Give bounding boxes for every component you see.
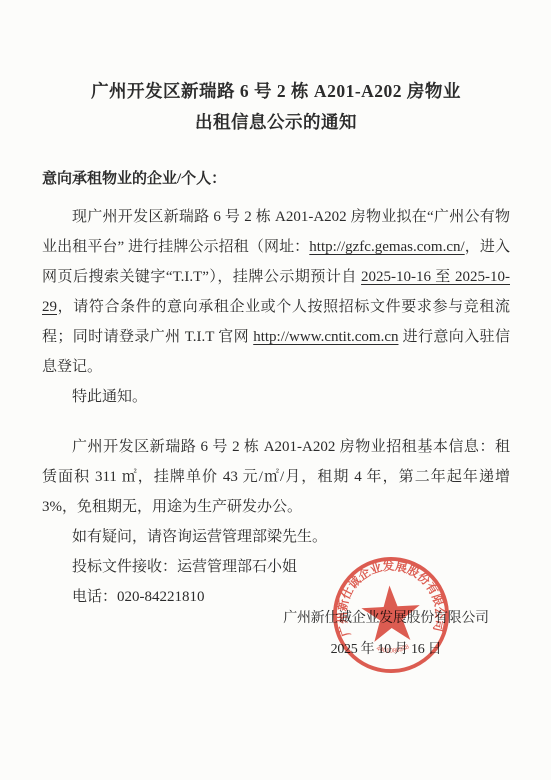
notice-title: 广州开发区新瑞路 6 号 2 栋 A201-A202 房物业 出租信息公示的通知 bbox=[42, 76, 510, 138]
title-line-2: 出租信息公示的通知 bbox=[42, 107, 510, 138]
tit-website-url: http://www.cntit.com.cn bbox=[253, 329, 398, 345]
paragraph-basic-info: 广州开发区新瑞路 6 号 2 栋 A201-A202 房物业招租基本信息：租赁面… bbox=[42, 432, 510, 522]
document-page: 广州开发区新瑞路 6 号 2 栋 A201-A202 房物业 出租信息公示的通知… bbox=[0, 0, 551, 780]
notice-statement: 特此通知。 bbox=[42, 382, 510, 412]
signature-date: 2025 年 10 月 16 日 bbox=[280, 634, 492, 665]
bid-document-receiver: 投标文件接收：运营管理部石小姐 bbox=[42, 552, 510, 582]
salutation: 意向承租物业的企业/个人： bbox=[42, 164, 510, 194]
paragraph-rental-announcement: 现广州开发区新瑞路 6 号 2 栋 A201-A202 房物业拟在“广州公有物业… bbox=[42, 202, 510, 382]
rental-platform-url: http://gzfc.gemas.com.cn/ bbox=[309, 239, 464, 255]
title-line-1: 广州开发区新瑞路 6 号 2 栋 A201-A202 房物业 bbox=[42, 76, 510, 107]
signature-block: 广州新仕诚企业发展股份有限公司 2025 年 10 月 16 日 bbox=[280, 603, 492, 665]
signature-company-name: 广州新仕诚企业发展股份有限公司 bbox=[280, 603, 492, 634]
contact-note: 如有疑问，请咨询运营管理部梁先生。 bbox=[42, 522, 510, 552]
